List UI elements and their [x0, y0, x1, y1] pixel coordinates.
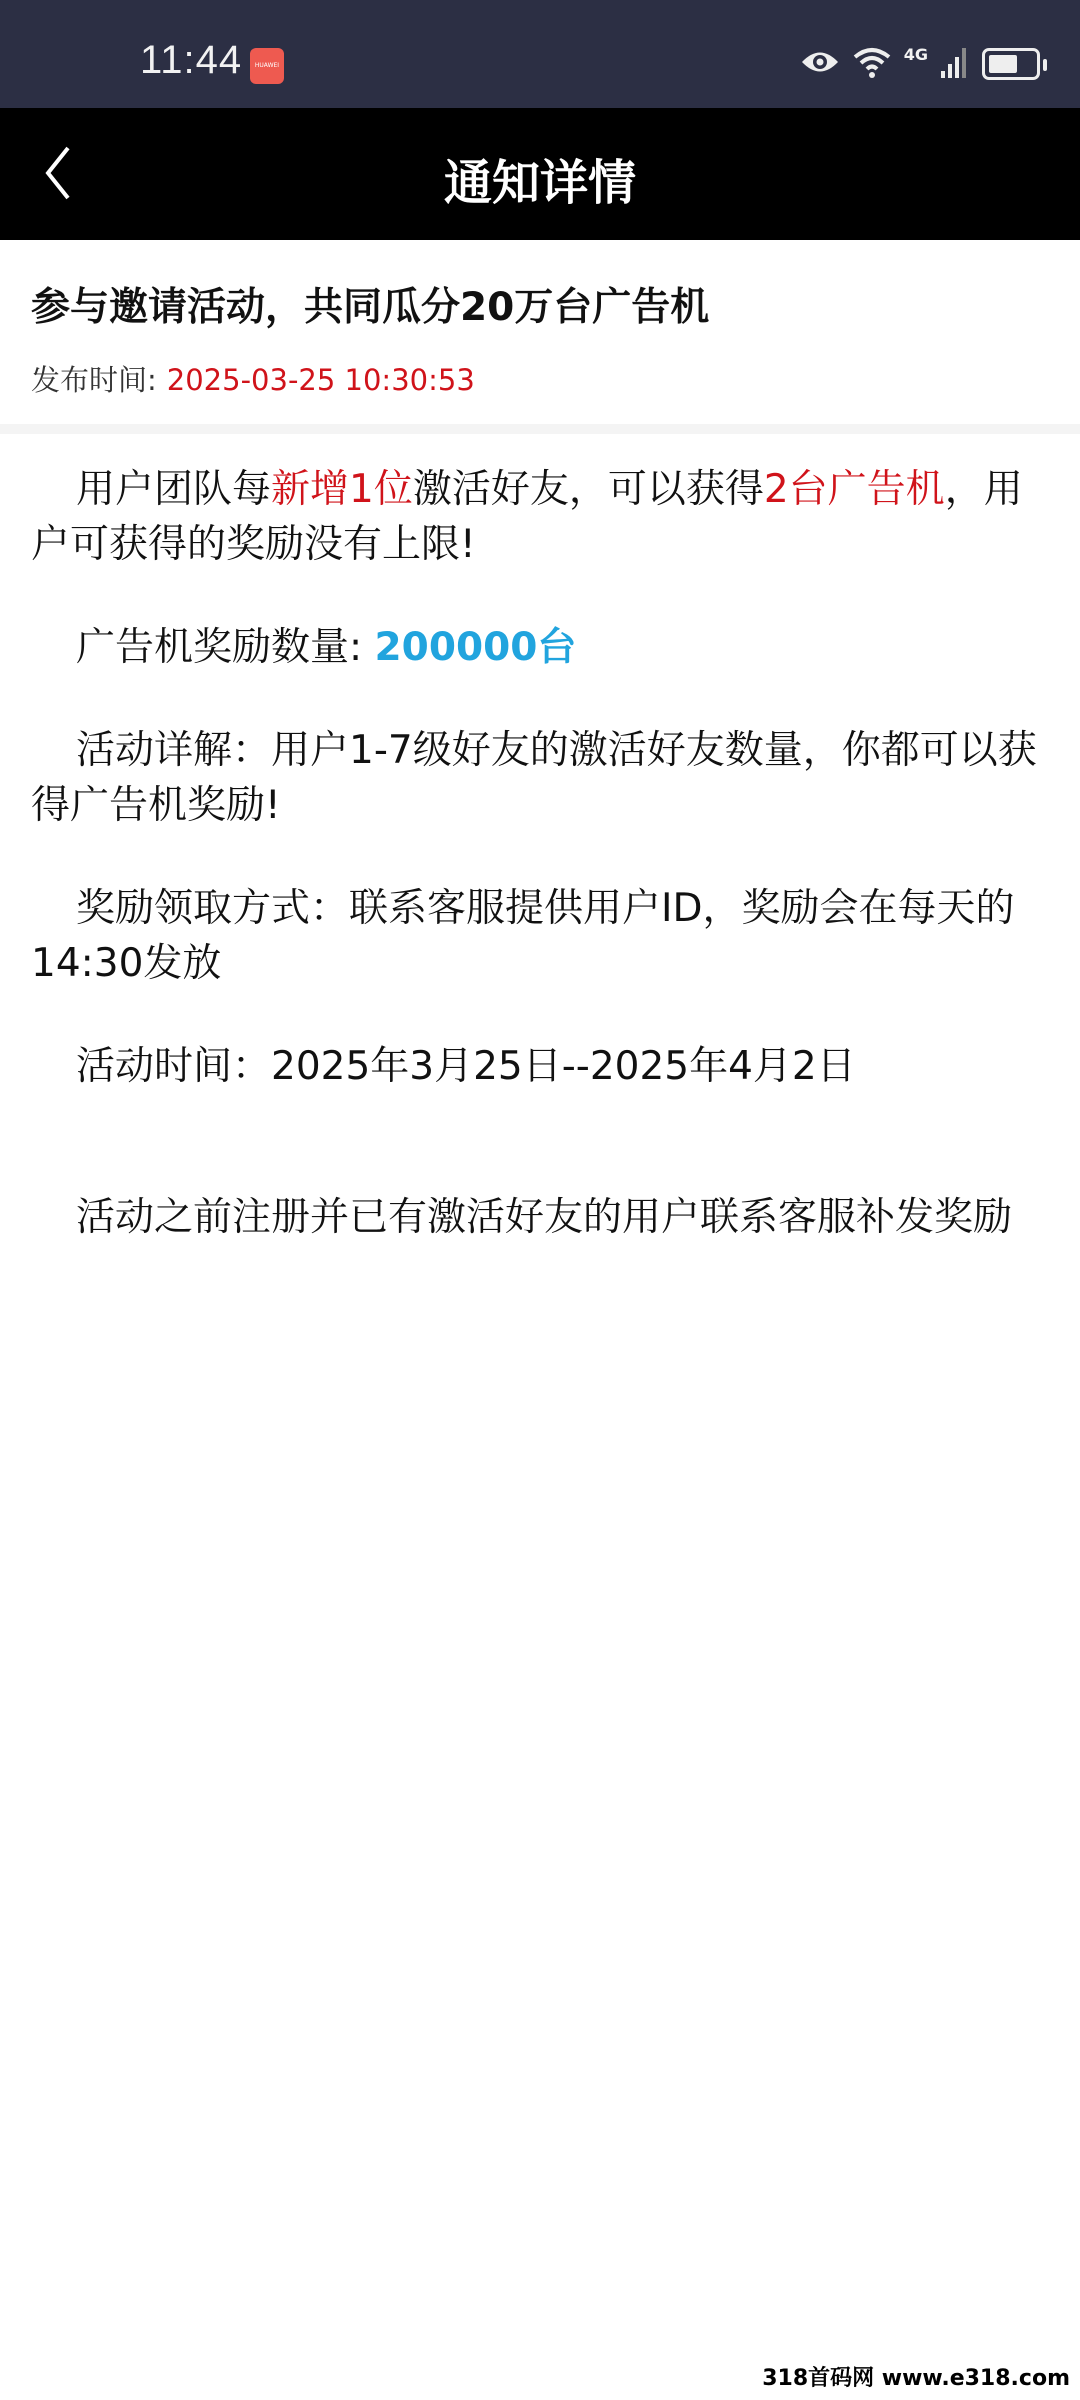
section-divider — [0, 424, 1080, 434]
notice-header: 参与邀请活动，共同瓜分20万台广告机 发布时间:2025-03-25 10:30… — [0, 240, 1080, 424]
signal-icon — [940, 45, 970, 83]
status-time: 11:44 — [140, 38, 242, 83]
reward-quantity-value: 200000台 — [375, 625, 577, 670]
watermark: 318首码网 www.e318.com — [762, 2361, 1070, 2392]
paragraph-reward-quantity: 广告机奖励数量: 200000台 — [31, 620, 1051, 675]
paragraph-reissue-note: 活动之前注册并已有激活好友的用户联系客服补发奖励 — [31, 1190, 1051, 1245]
huawei-app-icon: HUAWEI — [250, 48, 284, 84]
publish-label: 发布时间: — [31, 363, 157, 397]
app-header: 通知详情 — [0, 108, 1080, 240]
paragraph-claim-method: 奖励领取方式：联系客服提供用户ID，奖励会在每天的14:30发放 — [31, 881, 1051, 991]
page-title: 通知详情 — [0, 144, 1080, 213]
highlight-new-friend: 新增1位 — [271, 467, 413, 512]
notice-body: 用户团队每新增1位激活好友，可以获得2台广告机，用户可获得的奖励没有上限! 广告… — [31, 462, 1051, 1293]
status-icons: 4G — [800, 44, 1040, 84]
paragraph-activity-detail: 活动详解：用户1-7级好友的激活好友数量，你都可以获得广告机奖励! — [31, 723, 1051, 833]
notice-title: 参与邀请活动，共同瓜分20万台广告机 — [31, 276, 709, 332]
network-type: 4G — [904, 45, 928, 64]
highlight-machines: 2台广告机 — [764, 467, 945, 512]
wifi-icon — [852, 45, 892, 83]
publish-time: 2025-03-25 10:30:53 — [167, 363, 475, 397]
paragraph-activity-time: 活动时间：2025年3月25日--2025年4月2日 — [31, 1039, 1051, 1094]
publish-meta: 发布时间:2025-03-25 10:30:53 — [31, 358, 475, 399]
status-bar: 11:44 HUAWEI 4G — [0, 0, 1080, 108]
battery-icon — [982, 48, 1040, 80]
eye-icon — [800, 47, 840, 81]
paragraph-reward-rule: 用户团队每新增1位激活好友，可以获得2台广告机，用户可获得的奖励没有上限! — [31, 462, 1051, 572]
